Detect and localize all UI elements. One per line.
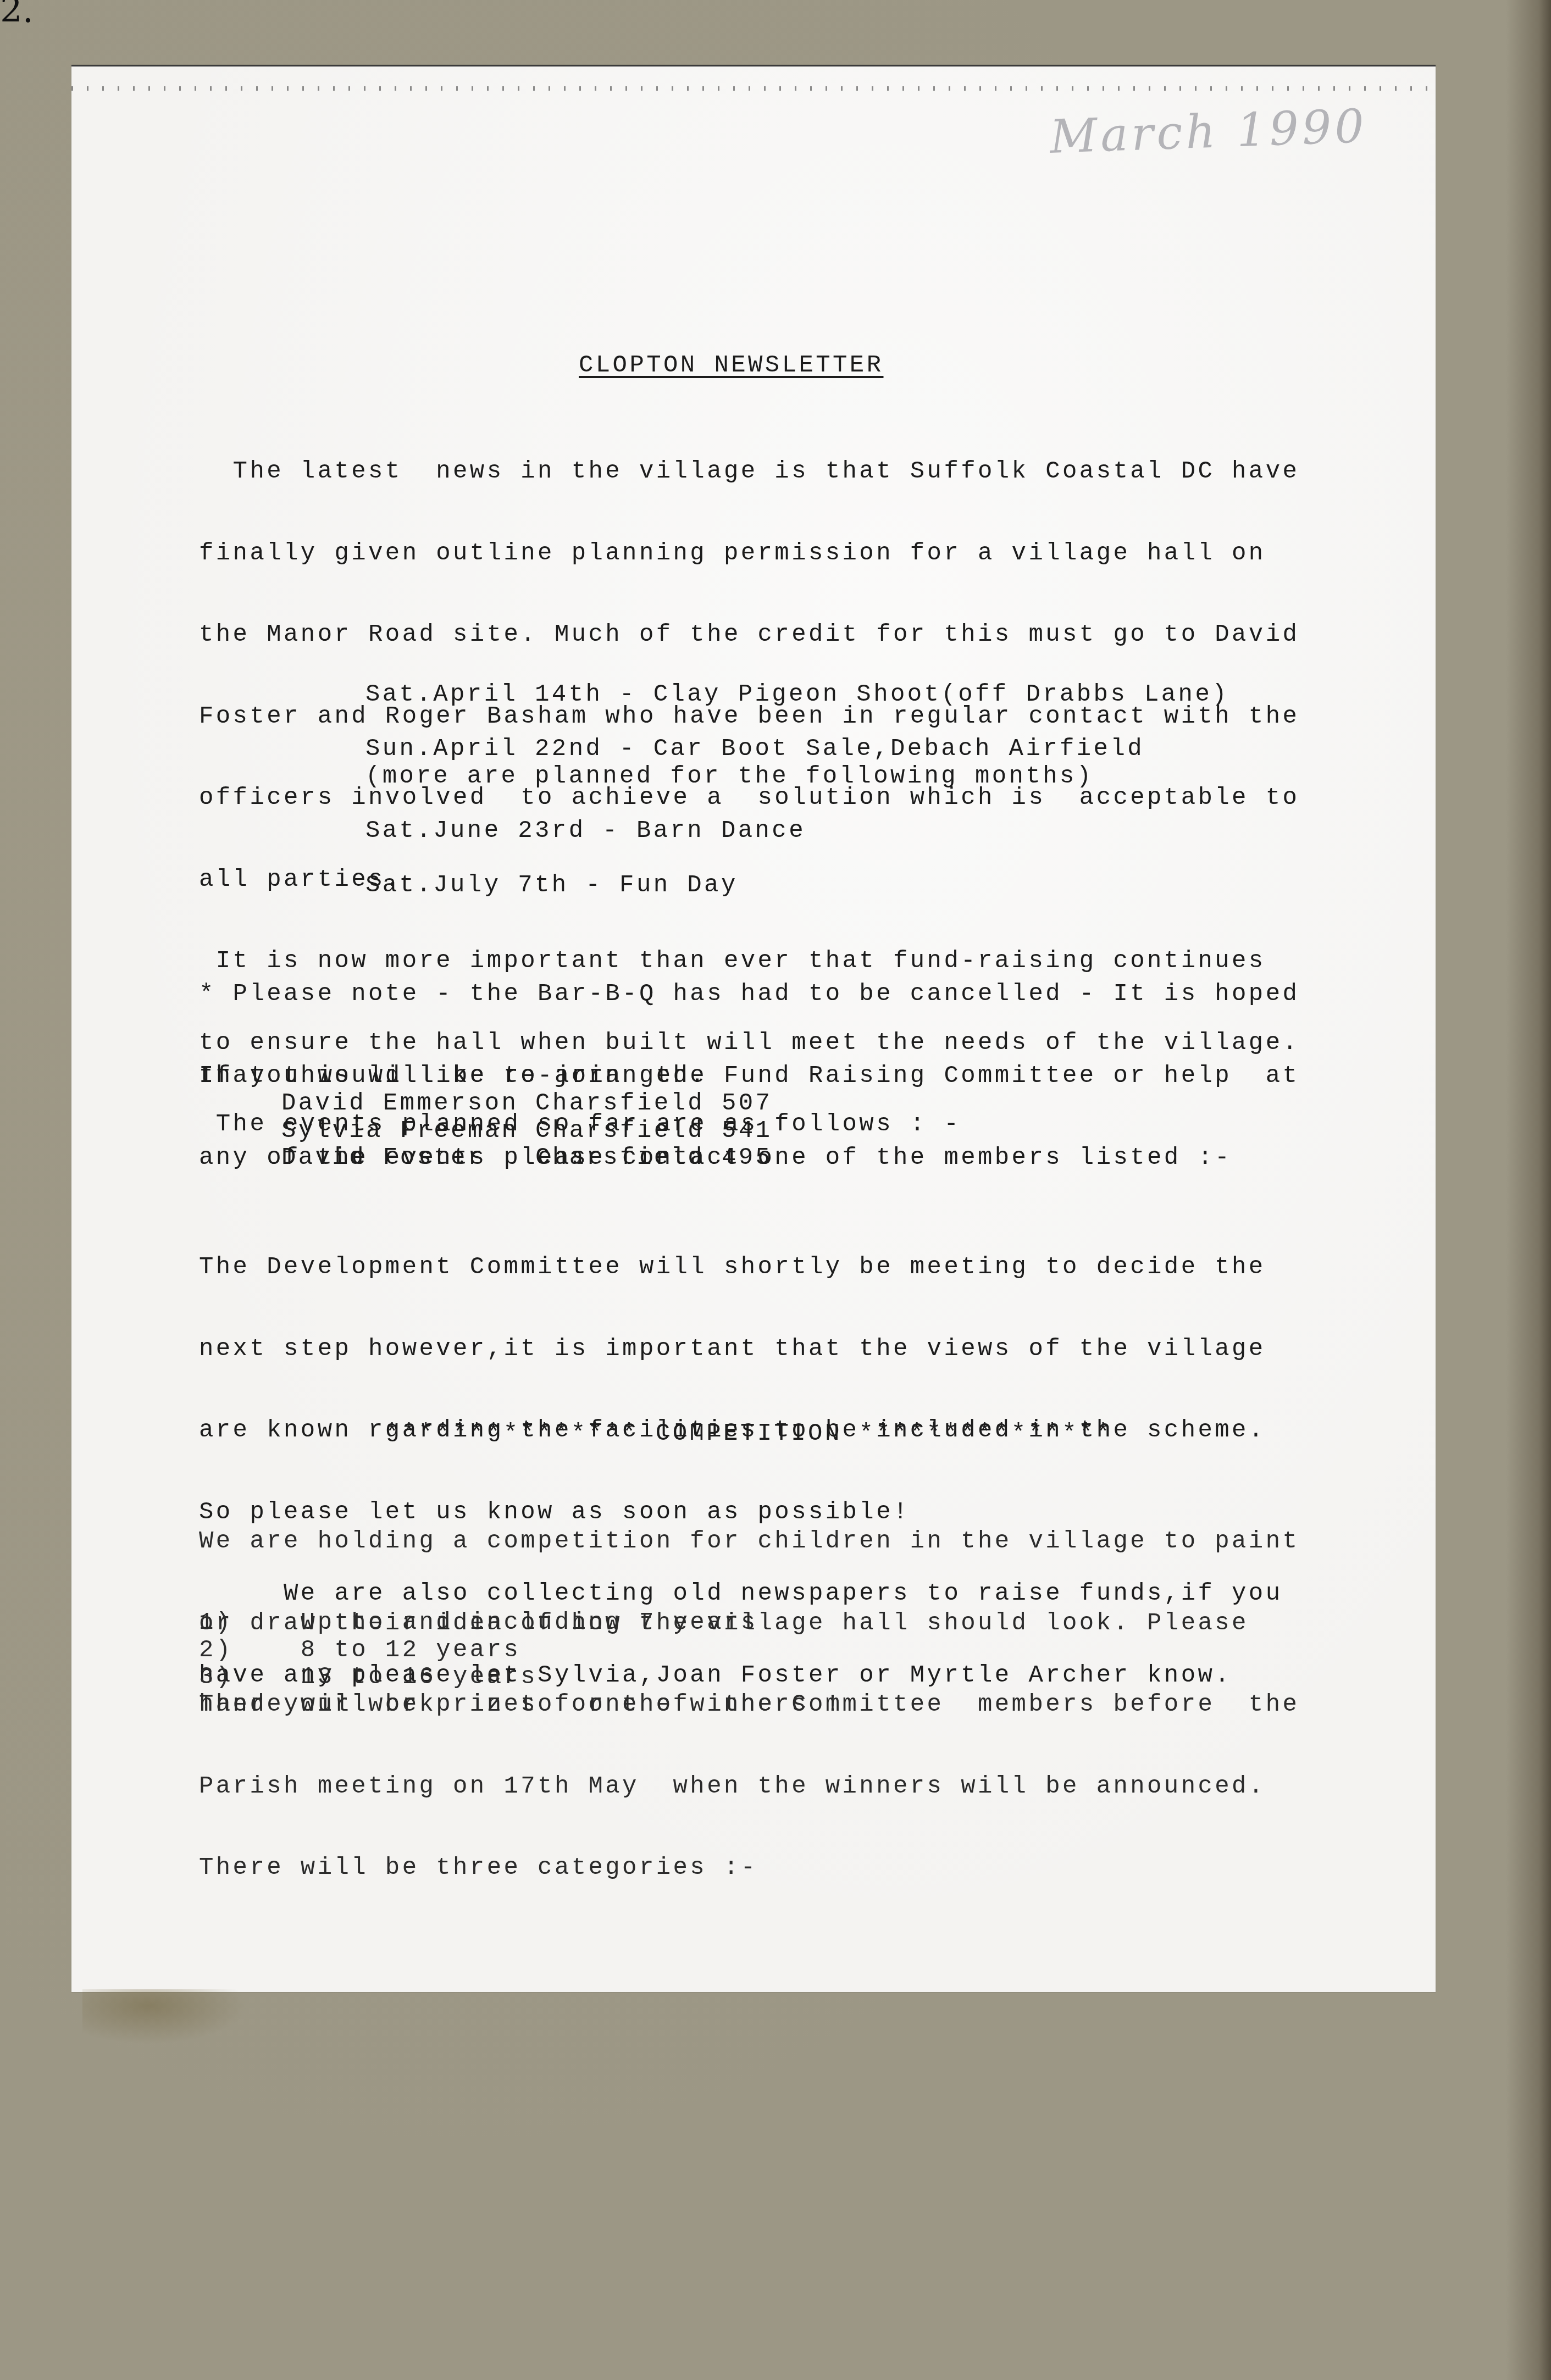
- contact-name: Sylvia Freeman: [281, 1117, 518, 1145]
- contact-phone: Charsfield 495: [535, 1144, 772, 1172]
- category-label: Up to and including 7 years: [301, 1609, 758, 1636]
- contact-entry: David Foster Charsfield 495: [281, 1145, 772, 1172]
- handwritten-date: March 1990: [1049, 99, 1368, 164]
- event-date: Sun.April 22nd: [365, 735, 602, 763]
- text-line: the Manor Road site. Much of the credit …: [199, 622, 1299, 649]
- text-line: next step however,it is important that t…: [199, 1336, 1282, 1363]
- event-description: Clay Pigeon Shoot(off Drabbs Lane): [653, 681, 1229, 708]
- contact-phone: Charsfield 541: [535, 1117, 772, 1145]
- event-item: Sat.July 7th - Fun Day: [365, 872, 738, 900]
- category-number: 1): [199, 1609, 233, 1636]
- event-note: (more are planned for the following mont…: [365, 763, 1094, 791]
- text-line: Parish meeting on 17th May when the winn…: [199, 1773, 1299, 1801]
- category-item: 3) 13 to 16 years: [199, 1664, 538, 1691]
- event-date: Sat.June 23rd: [365, 817, 585, 845]
- text-line: * Please note - the Bar-B-Q has had to b…: [199, 981, 1299, 1008]
- page-number: 2.: [0, 0, 34, 31]
- category-label: 13 to 16 years: [301, 1663, 538, 1691]
- text-line: The Development Committee will shortly b…: [199, 1254, 1282, 1281]
- contact-name: David Emmerson: [281, 1090, 518, 1117]
- text-line: all parties.: [199, 867, 1299, 894]
- competition-closing: There will be prizes for the winners !: [199, 1691, 843, 1719]
- contact-entry: Sylvia Freeman Charsfield 541: [281, 1118, 772, 1145]
- paper-stain: [82, 1989, 247, 2044]
- category-item: 2) 8 to 12 years: [199, 1637, 520, 1665]
- category-number: 2): [199, 1636, 233, 1664]
- newsletter-title: CLOPTON NEWSLETTER: [579, 352, 883, 379]
- category-label: 8 to 12 years: [301, 1636, 520, 1664]
- text-line: There will be three categories :-: [199, 1855, 1299, 1882]
- event-description: Barn Dance: [636, 817, 806, 845]
- event-date: Sat.July 7th: [365, 872, 569, 899]
- text-line: If you would like to join the Fund Raisi…: [199, 1063, 1299, 1090]
- event-item: Sun.April 22nd - Car Boot Sale,Debach Ai…: [365, 736, 1144, 763]
- text-line: We are holding a competition for childre…: [199, 1528, 1299, 1556]
- event-item: Sat.June 23rd - Barn Dance: [365, 818, 806, 845]
- contact-name: David Foster: [281, 1144, 518, 1172]
- category-number: 3): [199, 1663, 233, 1691]
- perforated-edge: [71, 86, 1436, 91]
- competition-heading: *************** COMPETITION ************…: [385, 1420, 1113, 1447]
- event-description: Car Boot Sale,Debach Airfield: [653, 735, 1144, 763]
- event-description: Fun Day: [619, 872, 738, 899]
- event-item: Sat.April 14th - Clay Pigeon Shoot(off D…: [365, 681, 1229, 709]
- contact-phone: Charsfield 507: [535, 1090, 772, 1117]
- category-item: 1) Up to and including 7 years: [199, 1610, 758, 1637]
- event-date: Sat.April 14th: [365, 681, 602, 708]
- contact-entry: David Emmerson Charsfield 507: [281, 1090, 772, 1118]
- text-line: finally given outline planning permissio…: [199, 540, 1299, 568]
- text-line: The latest news in the village is that S…: [199, 458, 1299, 486]
